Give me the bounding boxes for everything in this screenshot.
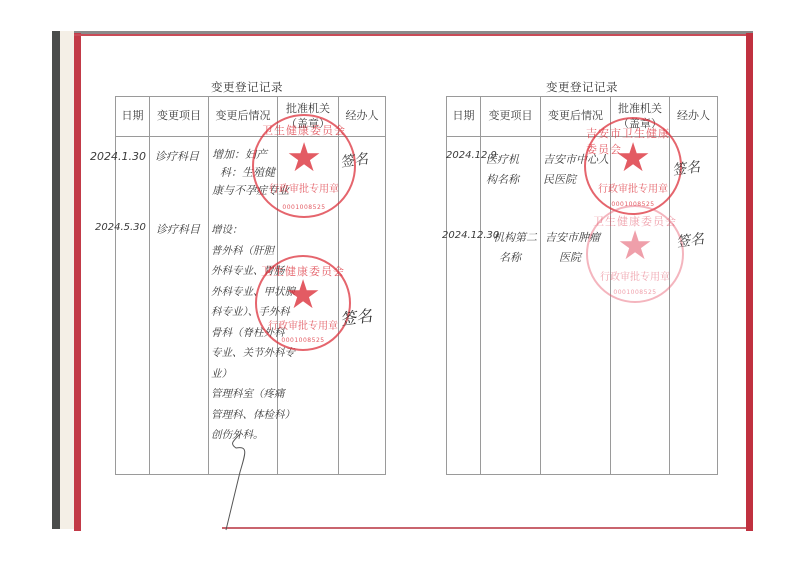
row2-handler-signature: 签名 xyxy=(339,303,374,330)
table-header-row: 日期 变更项目 变更后情况 批准机关（盖章） 经办人 xyxy=(447,97,718,137)
row1-handler-signature: 签名 xyxy=(339,148,370,172)
table-header-row: 日期 变更项目 变更后情况 批准机关（盖章） 经办人 xyxy=(116,97,386,137)
r-row1-item: 医疗机 构名称 xyxy=(486,150,519,190)
col-after: 变更后情况 xyxy=(209,97,278,137)
left-page-title: 变更登记记录 xyxy=(211,79,283,95)
col-after: 变更后情况 xyxy=(541,97,611,137)
col-item: 变更项目 xyxy=(150,97,209,137)
col-date: 日期 xyxy=(116,97,150,137)
scan-bottom-edge xyxy=(222,527,746,529)
row2-after: 增设： 普外科（肝胆 外科专业、胃肠 外科专业、甲状腺 科专业）、手外科 骨科（… xyxy=(211,220,301,446)
col-date: 日期 xyxy=(447,97,481,137)
row1-item: 诊疗科目 xyxy=(155,148,199,165)
binding-cream-edge xyxy=(60,31,74,529)
col-item: 变更项目 xyxy=(481,97,541,137)
r-row2-handler-signature: 签名 xyxy=(675,228,706,252)
row2-date: 2024.5.30 xyxy=(95,220,146,236)
row1-after: 增加：妇产 科：生殖健 康与不孕症专业 xyxy=(212,146,292,200)
r-row1-after: 吉安市中心人 民医院 xyxy=(543,150,609,190)
row2-item: 诊疗科目 xyxy=(156,221,200,238)
col-handler: 经办人 xyxy=(339,97,386,137)
col-authority: 批准机关（盖章） xyxy=(611,97,670,137)
r-row2-date: 2024.12.30 xyxy=(442,228,499,244)
col-authority: 批准机关（盖章） xyxy=(278,97,339,137)
r-row2-after: 吉安市肿瘤 医院 xyxy=(545,228,600,268)
binding-red-left xyxy=(74,33,81,531)
r-row1-handler-signature: 签名 xyxy=(671,156,702,180)
binding-dark-edge xyxy=(52,31,60,529)
col-handler: 经办人 xyxy=(670,97,718,137)
binding-red-right xyxy=(746,33,753,531)
closing-strike-line xyxy=(222,432,262,532)
row1-date: 2024.1.30 xyxy=(90,148,146,165)
right-page-title: 变更登记记录 xyxy=(546,79,618,95)
r-row2-item: 机构第二 名称 xyxy=(493,228,537,268)
